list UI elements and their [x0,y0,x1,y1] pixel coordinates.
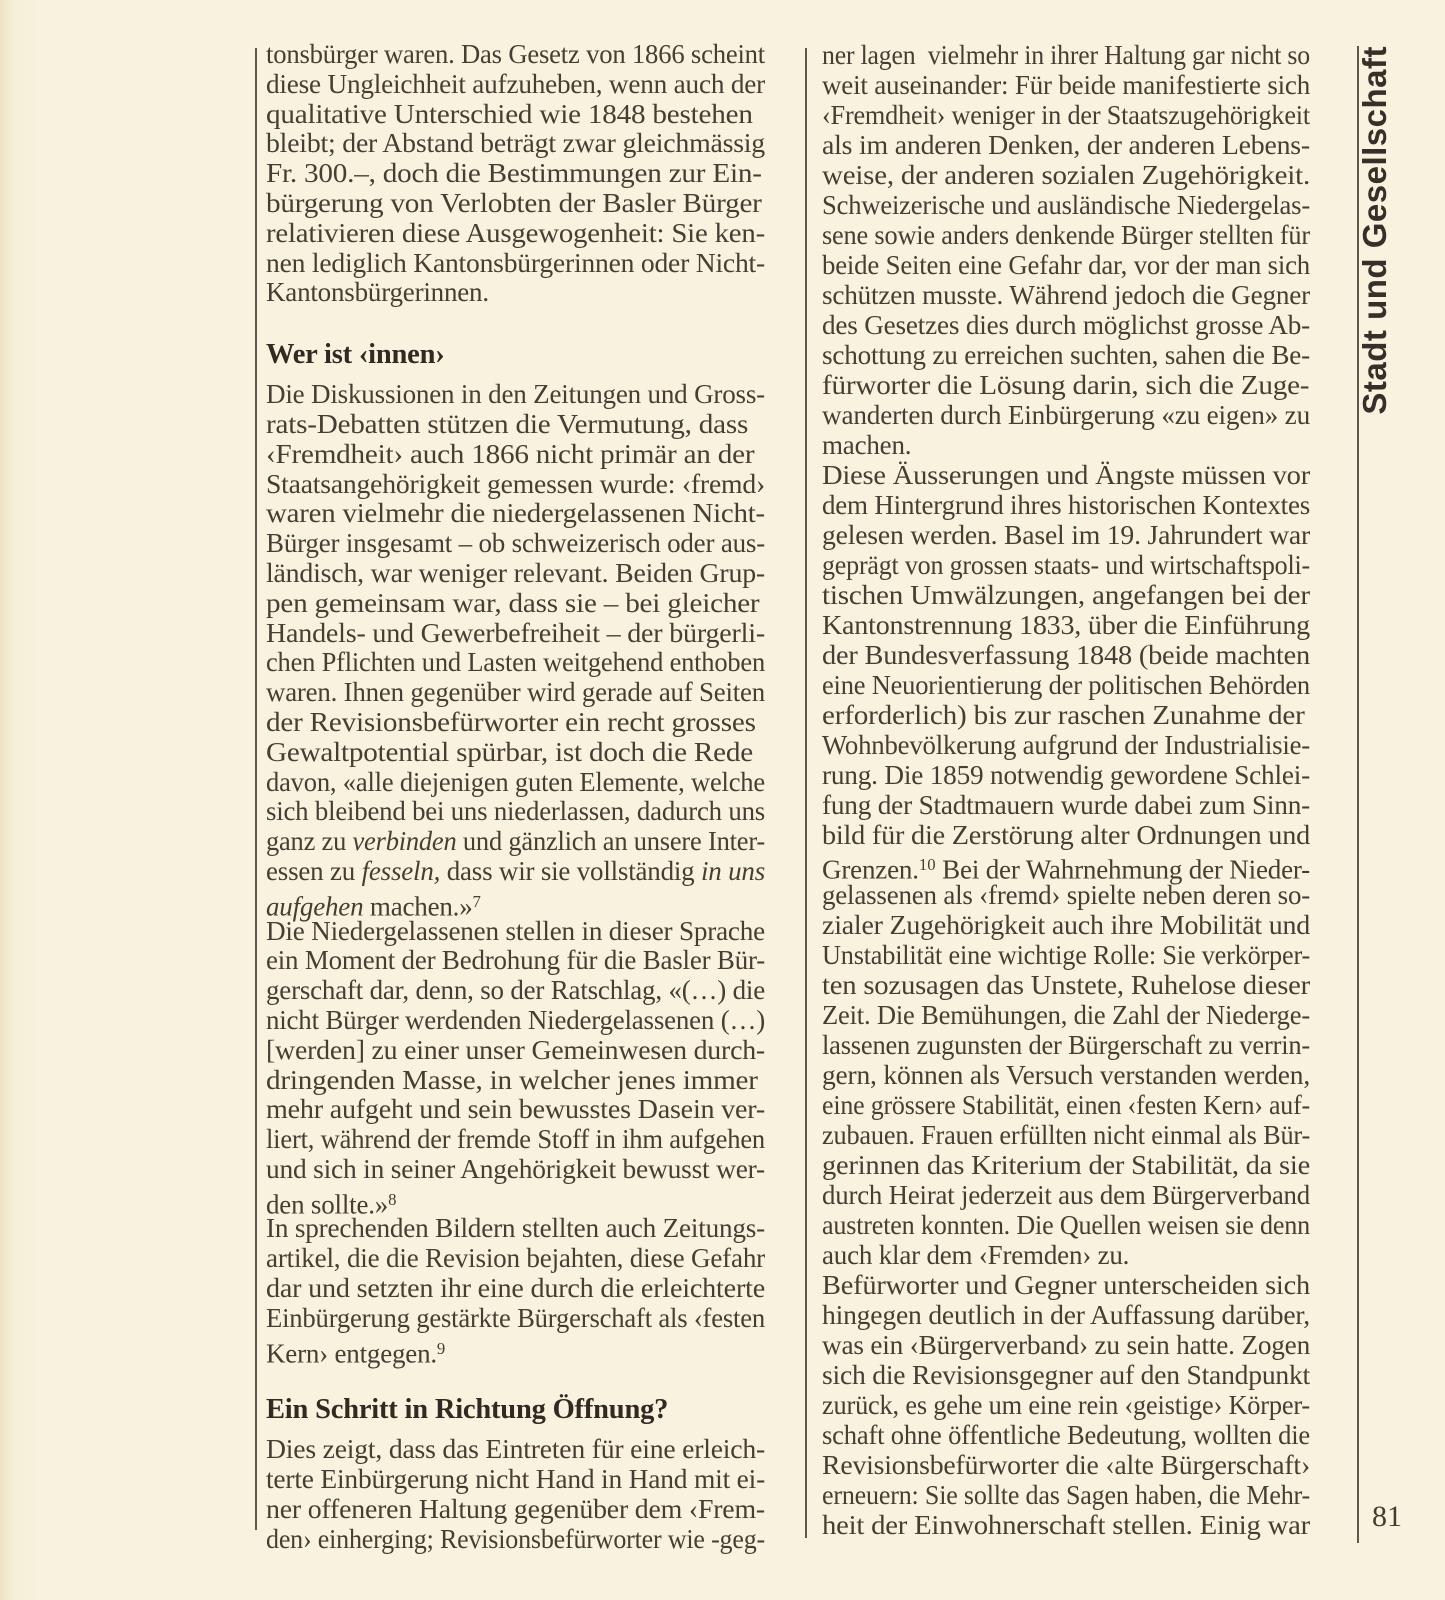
text-line: ganz zu verbinden und gänzlich an unsere… [266,827,765,857]
text-line: auch klar dem ‹Fremden› zu. [822,1240,1310,1270]
text-line: der Revisionsbefürworter ein recht gross… [266,708,765,738]
text-line: Dies zeigt, dass das Eintreten für eine … [266,1435,765,1465]
text-line: relativieren diese Ausgewogenheit: Sie k… [266,219,765,249]
text-line: Bürger insgesamt – ob schweizerisch oder… [266,529,765,559]
text-line: waren. Ihnen gegenüber wird gerade auf S… [266,678,765,708]
text-line: gerschaft dar, denn, so der Ratschlag, «… [266,976,765,1006]
text-line: ein Moment der Bedrohung für die Basler … [266,946,765,976]
text-line: des Gesetzes dies durch möglichst grosse… [822,310,1310,340]
text-line: hingegen deutlich in der Auffassung darü… [822,1300,1310,1330]
text-line: durch Heirat jederzeit aus dem Bürgerver… [822,1180,1310,1210]
text-line: eine grössere Stabilität, einen ‹festen … [822,1090,1310,1120]
section-heading: Ein Schritt in Richtung Öffnung? [266,1393,765,1427]
text-line: mehr aufgeht und sein bewusstes Dasein v… [266,1095,765,1125]
text-line: qualitative Unterschied wie 1848 bestehe… [266,100,765,130]
text-line: Grenzen.10 Bei der Wahrnehmung der Niede… [822,850,1310,880]
text-line: pen gemeinsam war, dass sie – bei gleich… [266,589,765,619]
text-line: rung. Die 1859 notwendig gewordene Schle… [822,760,1310,790]
text-line: tonsbürger waren. Das Gesetz von 1866 sc… [266,40,765,70]
text-line: geprägt von grossen staats- und wirtscha… [822,550,1310,580]
text-line: bleibt; der Abstand beträgt zwar gleichm… [266,129,765,159]
text-column-right: ner lagen vielmehr in ihrer Haltung gar … [822,40,1310,1540]
text-line: lassenen zugunsten der Bürgerschaft zu v… [822,1030,1310,1060]
text-line: ner lagen vielmehr in ihrer Haltung gar … [822,40,1310,70]
text-line: Kantonstrennung 1833, über die Einführun… [822,610,1310,640]
text-line: heit der Einwohnerschaft stellen. Einig … [822,1510,1310,1540]
paragraph: Dies zeigt, dass das Eintreten für eine … [266,1435,765,1554]
text-line: Wohnbevölkerung aufgrund der Industriali… [822,730,1310,760]
section-heading: Wer ist ‹innen› [266,338,765,372]
text-line: Diese Äusserungen und Ängste müssen vor [822,460,1310,490]
text-line: gern, können als Versuch verstanden werd… [822,1060,1310,1090]
text-line: Staatsangehörigkeit gemessen wurde: ‹fre… [266,470,765,500]
text-line: Die Diskussionen in den Zeitungen und Gr… [266,380,765,410]
text-line: zurück, es gehe um eine rein ‹geistige› … [822,1390,1310,1420]
text-line: eine Neuorientierung der politischen Beh… [822,670,1310,700]
text-line: chen Pflichten und Lasten weitgehend ent… [266,648,765,678]
text-line: ländisch, war weniger relevant. Beiden G… [266,559,765,589]
text-line: gelassenen als ‹fremd› spielte neben der… [822,880,1310,910]
text-line: Schweizerische und ausländische Niederge… [822,190,1310,220]
text-line: wanderten durch Einbürgerung «zu eigen» … [822,400,1310,430]
text-line: ‹Fremdheit› auch 1866 nicht primär an de… [266,440,765,470]
paragraph: In sprechenden Bildern stellten auch Zei… [266,1214,765,1363]
text-line: Befürworter und Gegner unterscheiden sic… [822,1270,1310,1300]
page-number: 81 [1372,1500,1402,1534]
text-line: was ein ‹Bürgerverband› zu sein hatte. Z… [822,1330,1310,1360]
text-line: bild für die Zerstörung alter Ordnungen … [822,820,1310,850]
text-line: [werden] zu einer unser Gemeinwesen durc… [266,1036,765,1066]
text-line: essen zu fesseln, dass wir sie vollständ… [266,857,765,887]
text-line: fung der Stadtmauern wurde dabei zum Sin… [822,790,1310,820]
left-column-rule [255,48,257,1530]
paragraph: Befürworter und Gegner unterscheiden sic… [822,1270,1310,1540]
text-line: dem Hintergrund ihres historischen Konte… [822,490,1310,520]
paragraph: Diese Äusserungen und Ängste müssen vord… [822,460,1310,1270]
text-line: bürgerung von Verlobten der Basler Bürge… [266,189,765,219]
text-line: und sich in seiner Angehörigkeit bewusst… [266,1155,765,1185]
text-line: diese Ungleichheit aufzuheben, wenn auch… [266,70,765,100]
paragraph: Die Diskussionen in den Zeitungen und Gr… [266,380,765,916]
text-line: Fr. 300.–, doch die Bestimmungen zur Ein… [266,159,765,189]
text-line: schottung zu erreichen suchten, sahen di… [822,340,1310,370]
text-line: Gewaltpotential spürbar, ist doch die Re… [266,738,765,768]
text-line: Einbürgerung gestärkte Bürgerschaft als … [266,1304,765,1334]
text-line: Handels- und Gewerbefreiheit – der bürge… [266,619,765,649]
text-line: schützen musste. Während jedoch die Gegn… [822,280,1310,310]
text-line: rats-Debatten stützen die Vermutung, das… [266,410,765,440]
paragraph: ner lagen vielmehr in ihrer Haltung gar … [822,40,1310,460]
text-line: sich die Revisionsgegner auf den Standpu… [822,1360,1310,1390]
text-line: Revisionsbefürworter die ‹alte Bürgersch… [822,1450,1310,1480]
text-line: als im anderen Denken, der anderen Leben… [822,130,1310,160]
text-line: nicht Bürger werdenden Niedergelassenen … [266,1006,765,1036]
text-line: tischen Umwälzungen, angefangen bei der [822,580,1310,610]
text-line: ten sozusagen das Unstete, Ruhelose dies… [822,970,1310,1000]
text-line: sich bleibend bei uns niederlassen, dadu… [266,797,765,827]
text-line: ner offeneren Haltung gegenüber dem ‹Fre… [266,1495,765,1525]
text-line: den sollte.»8 [266,1185,765,1215]
text-line: ‹Fremdheit› weniger in der Staatszugehör… [822,100,1310,130]
text-line: davon, «alle diejenigen guten Elemente, … [266,768,765,798]
text-line: sene sowie anders denkende Bürger stellt… [822,220,1310,250]
text-line: fürworter die Lösung darin, sich die Zug… [822,370,1310,400]
text-line: zialer Zugehörigkeit auch ihre Mobilität… [822,910,1310,940]
text-line: gelesen werden. Basel im 19. Jahrundert … [822,520,1310,550]
text-line: beide Seiten eine Gefahr dar, vor der ma… [822,250,1310,280]
text-line: machen. [822,430,1310,460]
paragraph: Die Niedergelassenen stellen in dieser S… [266,917,765,1215]
text-line: erneuern: Sie sollte das Sagen haben, di… [822,1480,1310,1510]
text-line: Kantonsbürgerinnen. [266,278,765,308]
text-line: Unstabilität eine wichtige Rolle: Sie ve… [822,940,1310,970]
text-line: Zeit. Die Bemühungen, die Zahl der Niede… [822,1000,1310,1030]
text-line: nen lediglich Kantonsbürgerinnen oder Ni… [266,249,765,279]
paragraph: tonsbürger waren. Das Gesetz von 1866 sc… [266,40,765,308]
text-line: Die Niedergelassenen stellen in dieser S… [266,917,765,947]
text-line: schaft ohne öffentliche Bedeutung, wollt… [822,1420,1310,1450]
chapter-sidebar: Stadt und Gesellschaft [1350,46,1400,458]
text-line: zubauen. Frauen erfüllten nicht einmal a… [822,1120,1310,1150]
text-line: dar und setzten ihr eine durch die erlei… [266,1274,765,1304]
text-line: gerinnen das Kriterium der Stabilität, d… [822,1150,1310,1180]
chapter-label: Stadt und Gesellschaft [1356,46,1394,415]
text-line: terte Einbürgerung nicht Hand in Hand mi… [266,1465,765,1495]
text-line: den› einherging; Revisionsbefürworter wi… [266,1525,765,1555]
column-divider-rule [805,48,807,1538]
text-line: weit auseinander: Für beide manifestiert… [822,70,1310,100]
text-column-left: tonsbürger waren. Das Gesetz von 1866 sc… [266,40,765,1555]
text-line: dringenden Masse, in welcher jenes immer [266,1066,765,1096]
text-line: liert, während der fremde Stoff in ihm a… [266,1125,765,1155]
text-line: der Bundesverfassung 1848 (beide machten [822,640,1310,670]
text-line: erforderlich) bis zur raschen Zunahme de… [822,700,1310,730]
text-line: In sprechenden Bildern stellten auch Zei… [266,1214,765,1244]
text-line: artikel, die die Revision bejahten, dies… [266,1244,765,1274]
text-line: austreten konnten. Die Quellen weisen si… [822,1210,1310,1240]
text-line: aufgehen machen.»7 [266,887,765,917]
text-line: weise, der anderen sozialen Zugehörigkei… [822,160,1310,190]
scanned-book-page: tonsbürger waren. Das Gesetz von 1866 sc… [0,0,1445,1600]
text-line: Kern› entgegen.9 [266,1334,765,1364]
text-line: waren vielmehr die niedergelassenen Nich… [266,499,765,529]
